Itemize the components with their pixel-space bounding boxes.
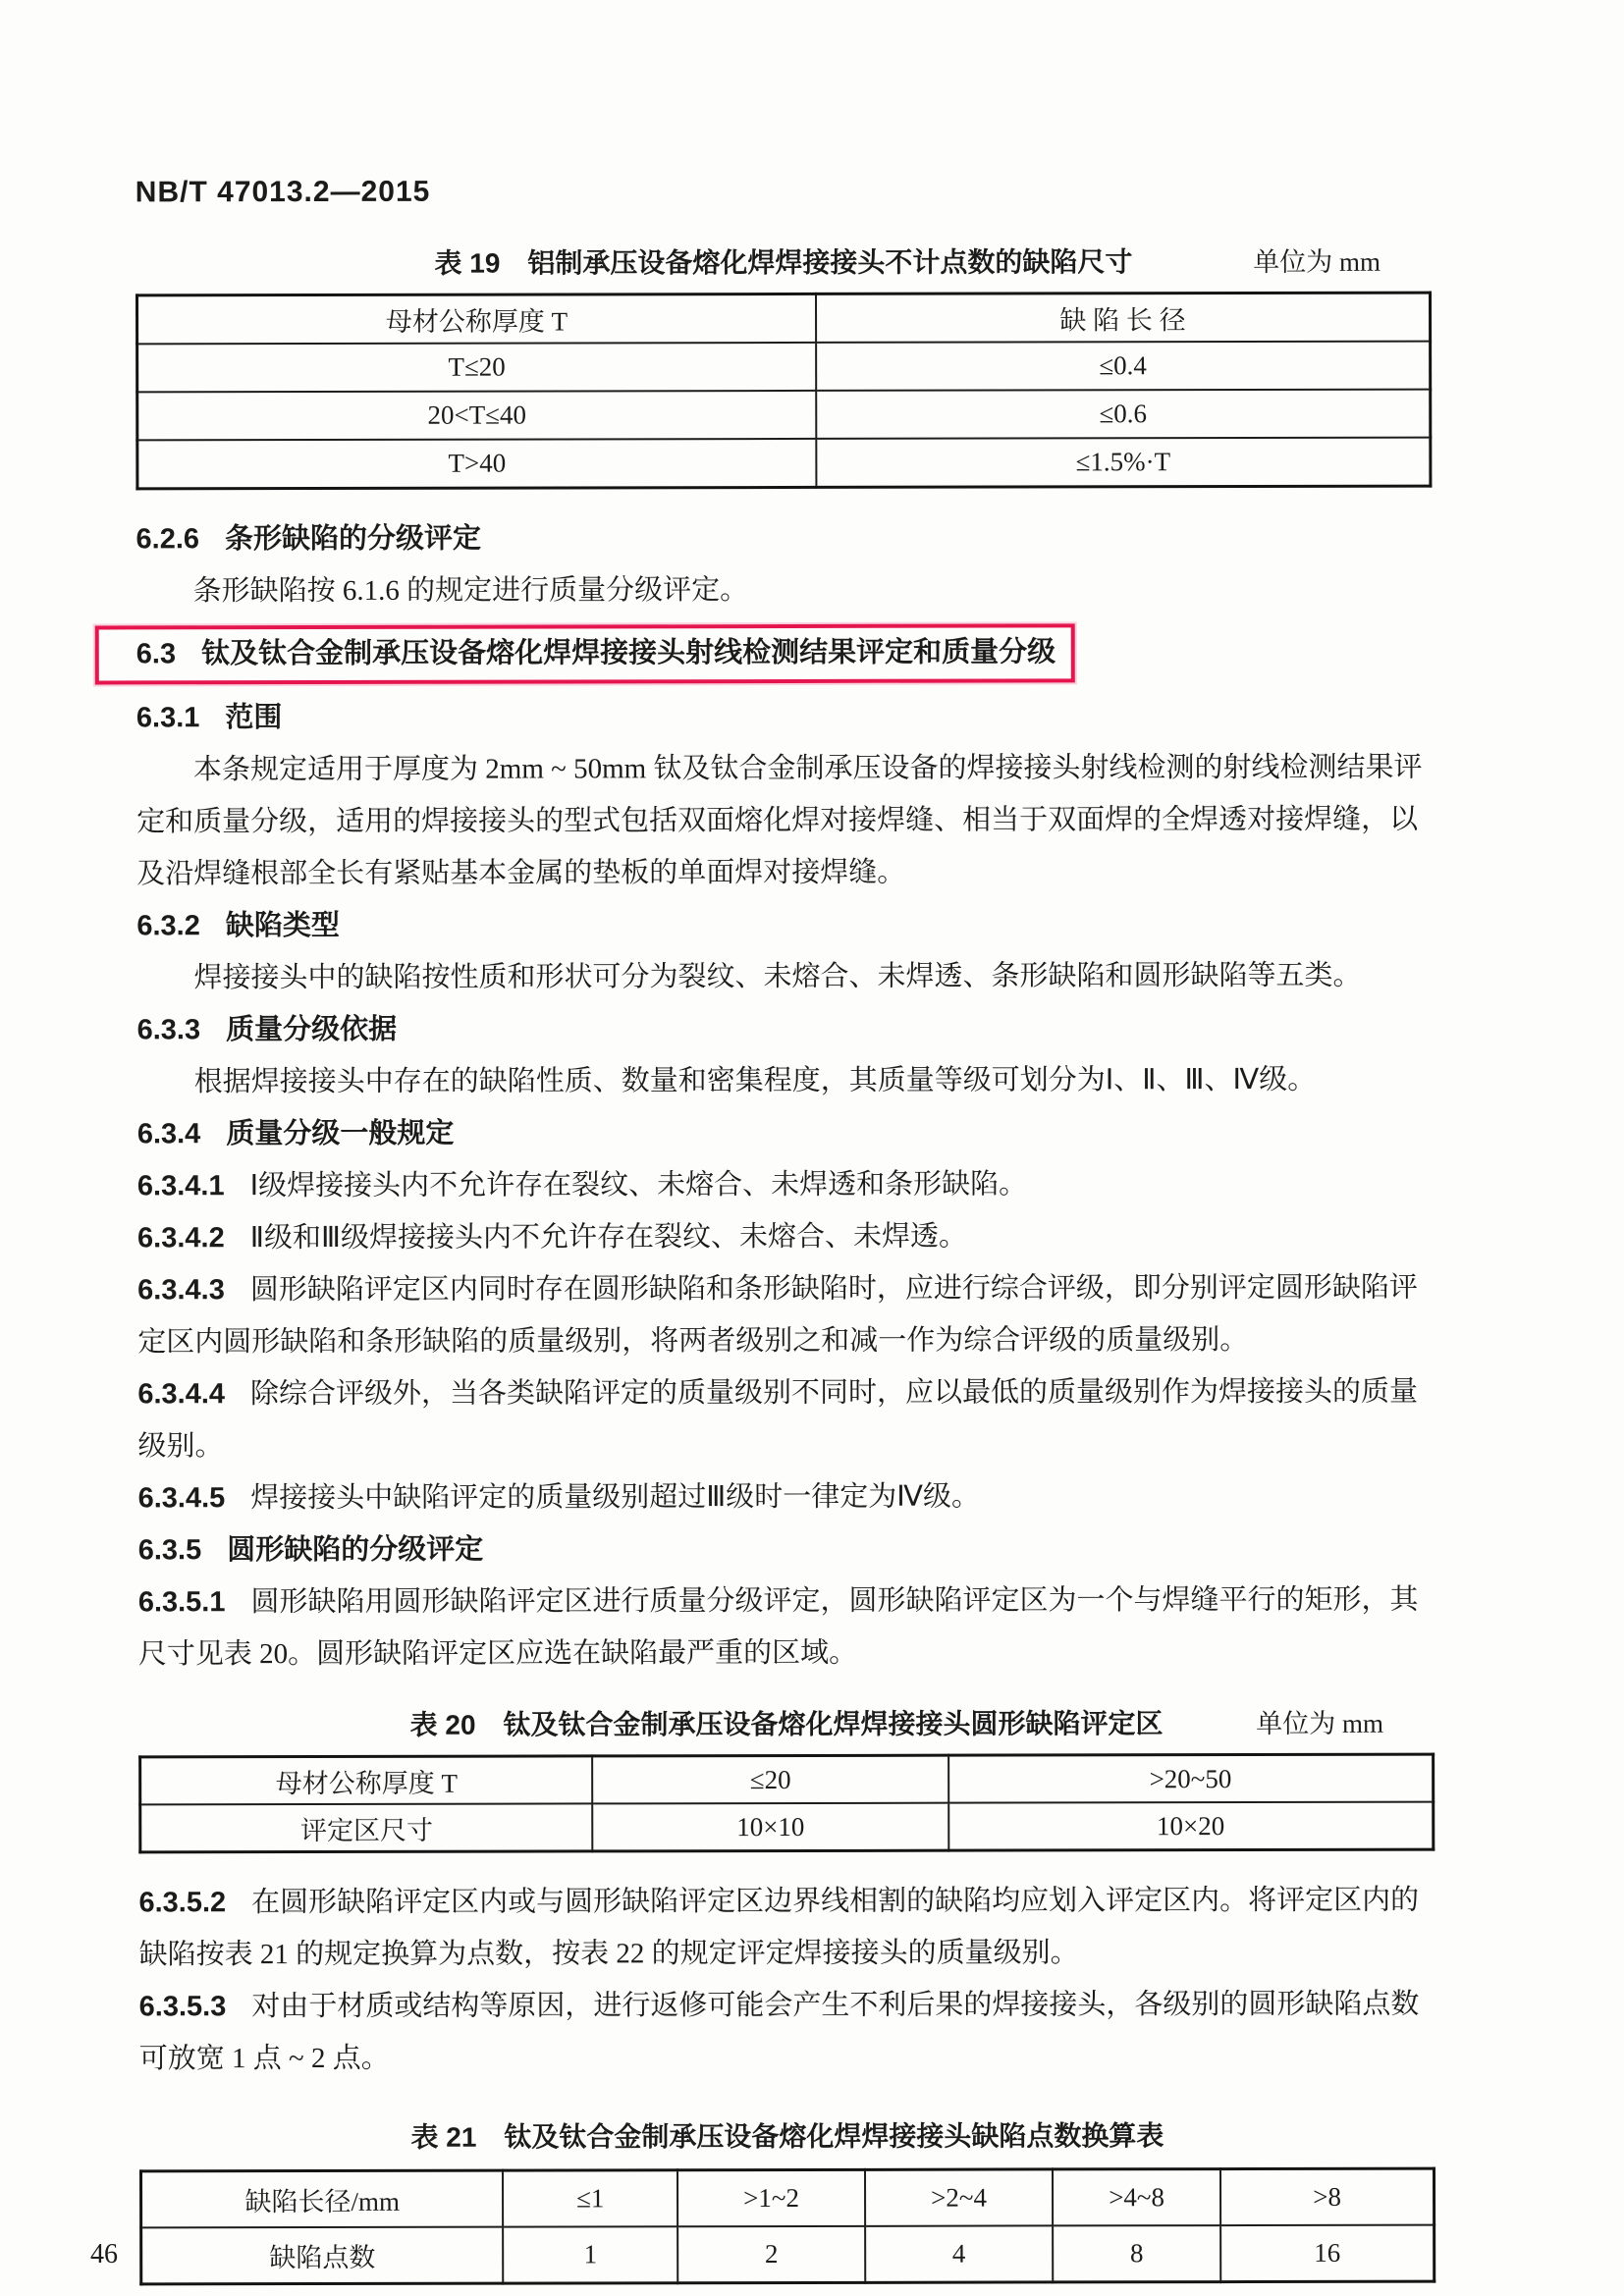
clause-number: 6.3.3 (137, 1014, 201, 1045)
table21-cell: 8 (1053, 2225, 1220, 2282)
standard-number-header: NB/T 47013.2—2015 (135, 174, 1432, 210)
heading-6-3: 6.3钛及钛合金制承压设备熔化焊焊接接头射线检测结果评定和质量分级 (136, 629, 1056, 676)
table20: 母材公称厚度 T ≤20 >20~50 评定区尺寸 10×10 10×20 (138, 1753, 1435, 1854)
clause-6-3-4-5: 6.3.4.5焊接接头中缺陷评定的质量级别超过Ⅲ级时一律定为Ⅳ级。 (138, 1470, 1435, 1525)
heading-6-3-5: 6.3.5圆形缺陷的分级评定 (138, 1522, 1435, 1577)
table20-cell: 10×10 (593, 1803, 948, 1851)
clause-number: 6.3.5.2 (138, 1887, 226, 1918)
table-row: 母材公称厚度 T ≤20 >20~50 (140, 1754, 1434, 1804)
clause-number: 6.3.4.1 (137, 1170, 225, 1201)
clause-number: 6.3.5.3 (139, 1991, 227, 2022)
clause-text: 除综合评级外，当各类缺陷评定的质量级别不同时，应以最低的质量级别作为焊接接头的质… (137, 1376, 1418, 1463)
table19-cell-thickness: 20<T≤40 (137, 391, 817, 440)
table21-cell: 4 (865, 2225, 1053, 2282)
page-content: NB/T 47013.2—2015 表 19 铝制承压设备熔化焊焊接接头不计点数… (135, 174, 1435, 2286)
clause-text: 在圆形缺陷评定区内或与圆形缺陷评定区边界线相割的缺陷均应划入评定区内。将评定区内… (139, 1885, 1420, 1971)
table21-caption-row: 表 21 钛及钛合金制承压设备熔化焊焊接接头缺陷点数换算表 (139, 2116, 1435, 2159)
heading-6-2-6: 6.2.6条形缺陷的分级评定 (135, 511, 1432, 566)
table21: 缺陷长径/mm ≤1 >1~2 >2~4 >4~8 >8 缺陷点数 1 2 4 … (139, 2167, 1435, 2286)
page-number: 46 (90, 2239, 118, 2270)
clause-text: 焊接接头中缺陷评定的质量级别超过Ⅲ级时一律定为Ⅳ级。 (250, 1481, 980, 1515)
table20-cell: 10×20 (948, 1802, 1434, 1851)
table21-cell: 2 (677, 2226, 865, 2283)
table21-cell: >4~8 (1053, 2169, 1220, 2226)
table21-cell: 1 (503, 2226, 677, 2283)
table21-cell: >1~2 (677, 2169, 865, 2226)
clause-number: 6.3.4.2 (137, 1222, 225, 1254)
table19-cell-thickness: T≤20 (137, 343, 817, 392)
table19-col1-header: 母材公称厚度 T (137, 294, 817, 344)
clause-text: Ⅰ级焊接接头内不允许存在裂纹、未熔合、未焊透和条形缺陷。 (250, 1168, 1028, 1201)
scanned-document-page: NB/T 47013.2—2015 表 19 铝制承压设备熔化焊焊接接头不计点数… (0, 0, 1624, 2296)
table20-caption-row: 表 20 钛及钛合金制承压设备熔化焊焊接接头圆形缺陷评定区 单位为 mm (138, 1704, 1435, 1746)
table-row: 评定区尺寸 10×10 10×20 (140, 1802, 1434, 1852)
paragraph-6-2-6: 条形缺陷按 6.1.6 的规定进行质量分级评定。 (136, 563, 1433, 618)
clause-number: 6.3 (136, 638, 176, 669)
clause-number: 6.3.1 (136, 702, 200, 733)
table19-cell-length: ≤0.6 (816, 390, 1431, 439)
table20-caption: 表 20 钛及钛合金制承压设备熔化焊焊接接头圆形缺陷评定区 (410, 1708, 1164, 1740)
heading-title: 范围 (225, 702, 282, 733)
table-row: T>40 ≤1.5%·T (137, 438, 1431, 489)
table20-cell: 母材公称厚度 T (140, 1756, 593, 1804)
table21-cell: 16 (1220, 2225, 1434, 2282)
table19-cell-length: ≤0.4 (816, 342, 1431, 391)
heading-6-3-4: 6.3.4质量分级一般规定 (137, 1106, 1434, 1161)
table19-caption: 表 19 铝制承压设备熔化焊焊接接头不计点数的缺陷尺寸 (434, 246, 1132, 278)
paragraph-6-3-1: 本条规定适用于厚度为 2mm ~ 50mm 钛及钛合金制承压设备的焊接接头射线检… (136, 742, 1433, 901)
table21-cell: 缺陷长径/mm (141, 2170, 504, 2227)
clause-number: 6.3.4.3 (137, 1274, 225, 1306)
table-row: 20<T≤40 ≤0.6 (137, 390, 1431, 441)
clause-6-3-5-2: 6.3.5.2在圆形缺陷评定区内或与圆形缺陷评定区边界线相割的缺陷均应划入评定区… (138, 1875, 1435, 1982)
clause-text: 对由于材质或结构等原因，进行返修可能会产生不利后果的焊接接头，各级别的圆形缺陷点… (139, 1989, 1420, 2075)
heading-title: 钛及钛合金制承压设备熔化焊焊接接头射线检测结果评定和质量分级 (201, 636, 1056, 669)
clause-6-3-4-1: 6.3.4.1Ⅰ级焊接接头内不允许存在裂纹、未熔合、未焊透和条形缺陷。 (137, 1158, 1434, 1213)
table20-cell: ≤20 (593, 1755, 948, 1803)
table19-cell-thickness: T>40 (137, 439, 817, 489)
heading-6-3-2: 6.3.2缺陷类型 (136, 898, 1433, 953)
table19-col2-header: 缺 陷 长 径 (816, 293, 1431, 343)
paragraph-6-3-2: 焊接接头中的缺陷按性质和形状可分为裂纹、未熔合、未焊透、条形缺陷和圆形缺陷等五类… (136, 950, 1433, 1005)
clause-text: 圆形缺陷评定区内同时存在圆形缺陷和条形缺陷时，应进行综合评级，即分别评定圆形缺陷… (137, 1272, 1418, 1359)
clause-number: 6.3.5 (138, 1534, 202, 1566)
clause-number: 6.3.4.4 (137, 1378, 225, 1410)
clause-number: 6.3.2 (136, 910, 200, 941)
clause-6-3-4-3: 6.3.4.3圆形缺陷评定区内同时存在圆形缺陷和条形缺陷时，应进行综合评级，即分… (137, 1262, 1434, 1369)
clause-text: 圆形缺陷用圆形缺陷评定区进行质量分级评定，圆形缺陷评定区为一个与焊缝平行的矩形，… (138, 1584, 1419, 1671)
clause-number: 6.3.4 (137, 1118, 201, 1149)
heading-title: 质量分级依据 (226, 1014, 397, 1045)
heading-6-3-3: 6.3.3质量分级依据 (137, 1002, 1434, 1057)
clause-6-3-5-1: 6.3.5.1圆形缺陷用圆形缺陷评定区进行质量分级评定，圆形缺陷评定区为一个与焊… (138, 1575, 1435, 1682)
table-row: 缺陷长径/mm ≤1 >1~2 >2~4 >4~8 >8 (141, 2168, 1435, 2227)
heading-title: 条形缺陷的分级评定 (225, 523, 481, 556)
clause-number: 6.3.4.5 (138, 1482, 226, 1514)
clause-number: 6.2.6 (135, 523, 199, 555)
clause-number: 6.3.5.1 (138, 1586, 226, 1618)
table21-cell: 缺陷点数 (141, 2227, 504, 2284)
table21-cell: >8 (1220, 2168, 1434, 2225)
clause-text: Ⅱ级和Ⅲ级焊接接头内不允许存在裂纹、未熔合、未焊透。 (250, 1221, 967, 1255)
table19: 母材公称厚度 T 缺 陷 长 径 T≤20 ≤0.4 20<T≤40 ≤0.6 … (135, 292, 1432, 491)
clause-6-3-4-2: 6.3.4.2Ⅱ级和Ⅲ级焊接接头内不允许存在裂纹、未熔合、未焊透。 (137, 1210, 1434, 1265)
table21-caption: 表 21 钛及钛合金制承压设备熔化焊焊接接头缺陷点数换算表 (410, 2120, 1164, 2153)
table20-cell: 评定区尺寸 (140, 1803, 593, 1851)
heading-title: 质量分级一般规定 (226, 1118, 454, 1149)
heading-title: 圆形缺陷的分级评定 (227, 1534, 483, 1567)
table21-cell: >2~4 (865, 2169, 1053, 2226)
highlight-box: 6.3钛及钛合金制承压设备熔化焊焊接接头射线检测结果评定和质量分级 (95, 623, 1075, 684)
clause-6-3-5-3: 6.3.5.3对由于材质或结构等原因，进行返修可能会产生不利后果的焊接接头，各级… (139, 1979, 1435, 2086)
table19-header-row: 母材公称厚度 T 缺 陷 长 径 (137, 293, 1431, 344)
table19-unit-label: 单位为 mm (1253, 242, 1380, 282)
table-row: 缺陷点数 1 2 4 8 16 (141, 2225, 1435, 2284)
table19-cell-length: ≤1.5%·T (816, 438, 1431, 488)
heading-6-3-1: 6.3.1范围 (136, 690, 1433, 745)
table19-caption-row: 表 19 铝制承压设备熔化焊焊接接头不计点数的缺陷尺寸 单位为 mm (135, 242, 1432, 285)
paragraph-6-3-3: 根据焊接接头中存在的缺陷性质、数量和密集程度，其质量等级可划分为Ⅰ、Ⅱ、Ⅲ、Ⅳ级… (137, 1054, 1434, 1109)
table20-unit-label: 单位为 mm (1256, 1704, 1383, 1743)
clause-6-3-4-4: 6.3.4.4除综合评级外，当各类缺陷评定的质量级别不同时，应以最低的质量级别作… (137, 1366, 1434, 1473)
heading-title: 缺陷类型 (226, 910, 340, 941)
table21-cell: ≤1 (503, 2170, 677, 2227)
table-row: T≤20 ≤0.4 (137, 342, 1431, 393)
table20-cell: >20~50 (948, 1754, 1434, 1803)
